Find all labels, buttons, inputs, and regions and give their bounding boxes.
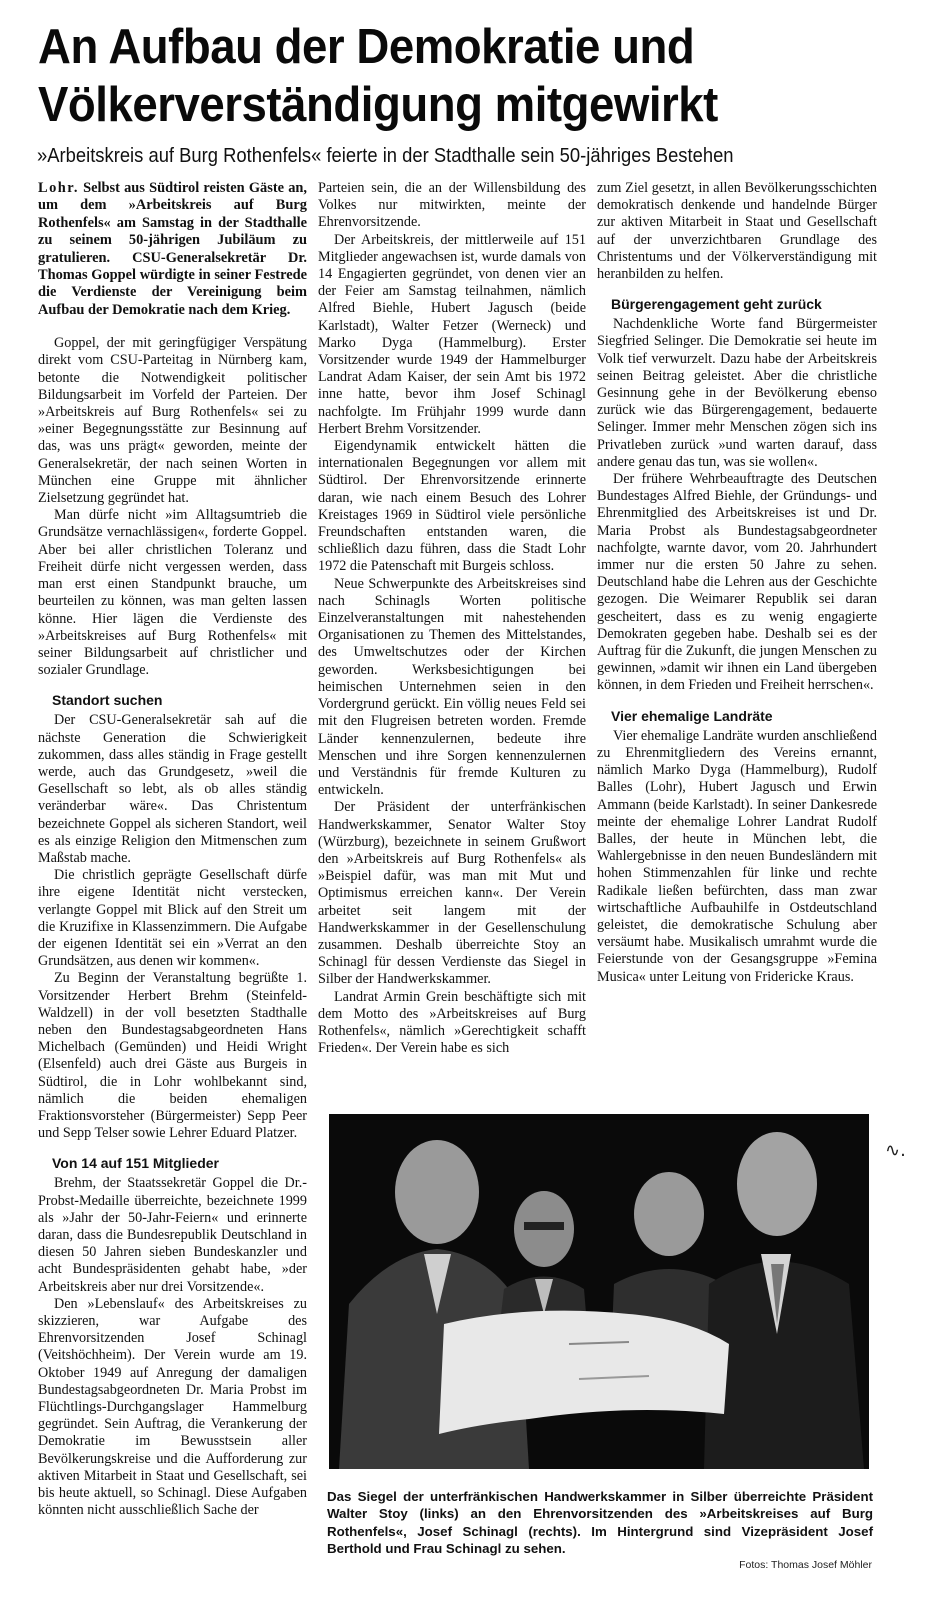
headline-line-2: Völkerverständigung mitgewirkt (38, 76, 838, 134)
section-heading-landraete: Vier ehemalige Landräte (611, 707, 877, 725)
section-heading-mitglieder: Von 14 auf 151 Mitglieder (52, 1154, 307, 1172)
paragraph: zum Ziel gesetzt, in allen Bevölkerungss… (597, 180, 877, 283)
subheadline: »Arbeitskreis auf Burg Rothenfels« feier… (37, 144, 847, 168)
photo-credit: Fotos: Thomas Josef Möhler (739, 1559, 872, 1571)
paragraph: Der Präsident der unterfränkischen Handw… (318, 799, 586, 988)
paragraph: Der CSU-Generalsekretär sah auf die näch… (38, 712, 307, 867)
handwritten-margin-mark: ∿. (885, 1140, 906, 1161)
headline-line-1: An Aufbau der Demokratie und (38, 18, 838, 76)
paragraph: Vier ehemalige Landräte wurden anschließ… (597, 728, 877, 986)
section-heading-standort: Standort suchen (52, 691, 307, 709)
paragraph: Den »Lebenslauf« des Arbeitskreises zu s… (38, 1296, 307, 1520)
paragraph: Nachdenkliche Worte fand Bürgermeister S… (597, 316, 877, 471)
paragraph: Neue Schwerpunkte des Arbeitskreises sin… (318, 576, 586, 800)
paragraph: Der Arbeitskreis, der mittlerweile auf 1… (318, 232, 586, 438)
lead-text: Selbst aus Südtirol reisten Gäste an, um… (38, 180, 307, 318)
section-heading-buergerengagement: Bürgerengagement geht zurück (611, 295, 877, 313)
column-2: Parteien sein, die an der Willensbildung… (318, 180, 586, 1057)
paragraph: Die christlich geprägte Gesellschaft dür… (38, 867, 307, 970)
headline: An Aufbau der Demokratie und Völkerverst… (38, 18, 838, 134)
paragraph: Eigendynamik entwickelt hätten die inter… (318, 438, 586, 576)
news-photo (329, 1114, 869, 1469)
paragraph: Der frühere Wehrbeauftragte des Deutsche… (597, 471, 877, 695)
photo-caption: Das Siegel der unterfränkischen Handwerk… (327, 1488, 873, 1557)
column-1: Lohr. Selbst aus Südtirol reisten Gäste … (38, 180, 307, 1519)
paragraph: Parteien sein, die an der Willensbildung… (318, 180, 586, 232)
paragraph: Landrat Armin Grein beschäftigte sich mi… (318, 989, 586, 1058)
paragraph: Brehm, der Staatssekretär Goppel die Dr.… (38, 1175, 307, 1295)
paragraph: Goppel, der mit geringfügiger Verspätung… (38, 335, 307, 507)
photo-four-people-with-certificate-icon (329, 1114, 869, 1469)
paragraph: Zu Beginn der Veranstaltung begrüßte 1. … (38, 970, 307, 1142)
dateline: Lohr. (38, 180, 79, 196)
column-3: zum Ziel gesetzt, in allen Bevölkerungss… (597, 180, 877, 986)
paragraph: Man dürfe nicht »im Alltagsumtrieb die G… (38, 507, 307, 679)
lead-paragraph: Lohr. Selbst aus Südtirol reisten Gäste … (38, 180, 307, 319)
